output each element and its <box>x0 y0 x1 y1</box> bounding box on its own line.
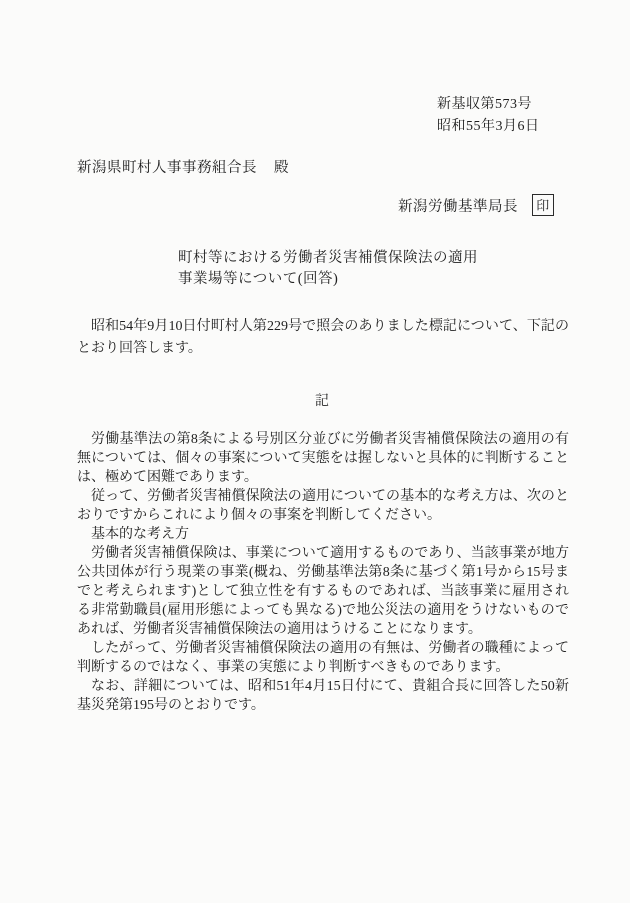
doc-number: 新基収第573号 <box>437 94 540 116</box>
doc-meta-block: 新基収第573号 昭和55年3月6日 <box>437 94 540 138</box>
addressee-honorific: 殿 <box>274 160 289 176</box>
subject-line-2: 事業場等について(回答) <box>178 269 478 290</box>
sender-row: 新潟労働基準局長 印 <box>398 194 554 216</box>
body-paragraph: 労働基準法の第8条による号別区分並びに労働者災害補償保険法の適用の有無については… <box>77 430 569 487</box>
record-marker: 記 <box>77 390 567 410</box>
sender-name: 新潟労働基準局長 <box>398 195 518 216</box>
subject-block: 町村等における労働者災害補償保険法の適用 事業場等について(回答) <box>178 248 478 290</box>
body-paragraph: 労働者災害補償保険は、事業について適用するものであり、当該事業が地方公共団体が行… <box>77 544 569 639</box>
body-paragraph: 従って、労働者災害補償保険法の適用についての基本的な考え方は、次のとおりですから… <box>77 487 569 525</box>
addressee-row: 新潟県町村人事事務組合長殿 <box>77 156 289 177</box>
doc-date: 昭和55年3月6日 <box>437 116 540 138</box>
document-page: 新基収第573号 昭和55年3月6日 新潟県町村人事事務組合長殿 新潟労働基準局… <box>0 0 630 903</box>
body-paragraph: 基本的な考え方 <box>77 525 569 544</box>
official-seal-stamp: 印 <box>532 194 554 216</box>
body-container: 労働基準法の第8条による号別区分並びに労働者災害補償保険法の適用の有無については… <box>77 430 569 715</box>
addressee-name: 新潟県町村人事事務組合長 <box>77 160 257 176</box>
subject-line-1: 町村等における労働者災害補償保険法の適用 <box>178 248 478 269</box>
body-paragraph: なお、詳細については、昭和51年4月15日付にて、貴組合長に回答した50新基災発… <box>77 677 569 715</box>
intro-paragraph: 昭和54年9月10日付町村人第229号で照会のありました標記について、下記のとお… <box>77 316 569 360</box>
body-paragraph: したがって、労働者災害補償保険法の適用の有無は、労働者の職種によって判断するので… <box>77 639 569 677</box>
